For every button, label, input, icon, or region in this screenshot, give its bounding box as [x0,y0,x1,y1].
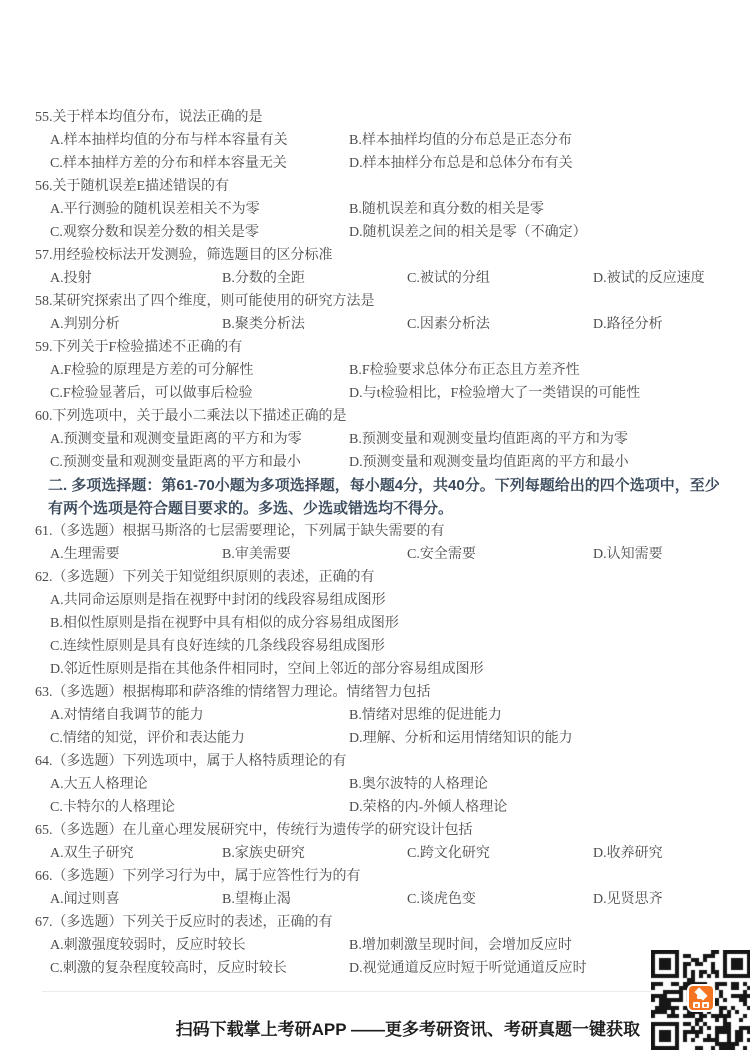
question-stem: 67.（多选题）下列关于反应时的表述，正确的有 [35,911,722,934]
graduation-cap-icon [687,984,715,1012]
option-B: B.审美需要 [222,543,407,566]
question-stem: 61.（多选题）根据马斯洛的七层需要理论，下列属于缺失需要的有 [35,520,722,543]
option-C: C.连续性原则是具有良好连续的几条线段容易组成图形 [50,635,722,658]
option-A: A.平行测验的随机误差相关不为零 [50,198,349,221]
option-C: C.跨文化研究 [407,842,593,865]
question-stem: 60.下列选项中，关于最小二乘法以下描述正确的是 [35,405,722,428]
question-stem: 64.（多选题）下列选项中，属于人格特质理论的有 [35,750,722,773]
option-A: A.投射 [50,267,222,290]
question-stem: 66.（多选题）下列学习行为中，属于应答性行为的有 [35,865,722,888]
option-B: B.样本抽样均值的分布总是正态分布 [349,129,722,152]
question-65: 65.（多选题）在儿童心理发展研究中，传统行为遗传学的研究设计包括A.双生子研究… [35,819,722,865]
option-D: D.认知需要 [593,543,722,566]
option-C: C.情绪的知觉，评价和表达能力 [50,727,349,750]
option-A: A.预测变量和观测变量距离的平方和为零 [50,428,349,451]
option-B: B.情绪对思维的促进能力 [349,704,722,727]
option-A: A.样本抽样均值的分布与样本容量有关 [50,129,349,152]
question-59: 59.下列关于F检验描述不正确的有A.F检验的原理是方差的可分解性B.F检验要求… [35,336,722,405]
option-D: D.随机误差之间的相关是零（不确定） [349,221,722,244]
option-C: C.谈虎色变 [407,888,593,911]
option-D: D.路径分析 [593,313,722,336]
option-B: B.奥尔波特的人格理论 [349,773,722,796]
question-55: 55.关于样本均值分布，说法正确的是A.样本抽样均值的分布与样本容量有关B.样本… [35,106,722,175]
exam-paper-page: 55.关于样本均值分布，说法正确的是A.样本抽样均值的分布与样本容量有关B.样本… [0,0,750,1061]
option-C: C.F检验显著后，可以做事后检验 [50,382,349,405]
option-D: D.样本抽样分布总是和总体分布有关 [349,152,722,175]
question-stem: 65.（多选题）在儿童心理发展研究中，传统行为遗传学的研究设计包括 [35,819,722,842]
question-stem: 59.下列关于F检验描述不正确的有 [35,336,722,359]
option-row: D.邻近性原则是指在其他条件相同时，空间上邻近的部分容易组成图形 [35,658,722,681]
option-row: A.双生子研究B.家族史研究C.跨文化研究D.收养研究 [35,842,722,865]
option-C: C.被试的分组 [407,267,593,290]
option-A: A.判别分析 [50,313,222,336]
option-row: A.平行测验的随机误差相关不为零B.随机误差和真分数的相关是零 [35,198,722,221]
question-stem: 62.（多选题）下列关于知觉组织原则的表述，正确的有 [35,566,722,589]
option-row: C.观察分数和误差分数的相关是零D.随机误差之间的相关是零（不确定） [35,221,722,244]
option-D: D.预测变量和观测变量均值距离的平方和最小 [349,451,722,474]
option-row: C.卡特尔的人格理论D.荣格的内-外倾人格理论 [35,796,722,819]
option-C: C.卡特尔的人格理论 [50,796,349,819]
option-row: A.投射B.分数的全距C.被试的分组D.被试的反应速度 [35,267,722,290]
option-row: C.连续性原则是具有良好连续的几条线段容易组成图形 [35,635,722,658]
option-D: D.理解、分析和运用情绪知识的能力 [349,727,722,750]
footer-promo-text: 扫码下载掌上考研APP ——更多考研资讯、考研真题一键获取 [0,1018,640,1042]
option-row: C.刺激的复杂程度较高时，反应时较长D.视觉通道反应时短于听觉通道反应时 [35,957,722,980]
option-row: A.F检验的原理是方差的可分解性B.F检验要求总体分布正态且方差齐性 [35,359,722,382]
question-stem: 57.用经验校标法开发测验，筛选题目的区分标准 [35,244,722,267]
option-B: B.分数的全距 [222,267,407,290]
option-B: B.F检验要求总体分布正态且方差齐性 [349,359,722,382]
option-A: A.大五人格理论 [50,773,349,796]
option-row: A.对情绪自我调节的能力B.情绪对思维的促进能力 [35,704,722,727]
option-D: D.与t检验相比，F检验增大了一类错误的可能性 [349,382,722,405]
option-B: B.预测变量和观测变量均值距离的平方和为零 [349,428,722,451]
option-A: A.生理需要 [50,543,222,566]
question-56: 56.关于随机误差E描述错误的有A.平行测验的随机误差相关不为零B.随机误差和真… [35,175,722,244]
option-row: A.大五人格理论B.奥尔波特的人格理论 [35,773,722,796]
option-B: B.家族史研究 [222,842,407,865]
option-A: A.闻过则喜 [50,888,222,911]
option-row: C.预测变量和观测变量距离的平方和最小D.预测变量和观测变量均值距离的平方和最小 [35,451,722,474]
option-A: A.F检验的原理是方差的可分解性 [50,359,349,382]
option-row: C.F检验显著后，可以做事后检验D.与t检验相比，F检验增大了一类错误的可能性 [35,382,722,405]
cap-base-shape [697,995,705,999]
question-64: 64.（多选题）下列选项中，属于人格特质理论的有A.大五人格理论B.奥尔波特的人… [35,750,722,819]
option-row: C.样本抽样方差的分布和样本容量无关D.样本抽样分布总是和总体分布有关 [35,152,722,175]
option-A: A.共同命运原则是指在视野中封闭的线段容易组成图形 [50,589,722,612]
option-B: B.相似性原则是指在视野中具有相似的成分容易组成图形 [50,612,722,635]
question-stem: 56.关于随机误差E描述错误的有 [35,175,722,198]
option-row: A.样本抽样均值的分布与样本容量有关B.样本抽样均值的分布总是正态分布 [35,129,722,152]
option-D: D.荣格的内-外倾人格理论 [349,796,722,819]
option-D: D.邻近性原则是指在其他条件相同时，空间上邻近的部分容易组成图形 [50,658,722,681]
question-63: 63.（多选题）根据梅耶和萨洛维的情绪智力理论。情绪智力包括A.对情绪自我调节的… [35,681,722,750]
question-stem: 58.某研究探索出了四个维度，则可能使用的研究方法是 [35,290,722,313]
option-B: B.望梅止渴 [222,888,407,911]
option-C: C.预测变量和观测变量距离的平方和最小 [50,451,349,474]
question-67: 67.（多选题）下列关于反应时的表述，正确的有A.刺激强度较弱时，反应时较长B.… [35,911,722,980]
option-row: A.刺激强度较弱时，反应时较长B.增加刺激呈现时间，会增加反应时 [35,934,722,957]
option-row: A.共同命运原则是指在视野中封闭的线段容易组成图形 [35,589,722,612]
option-row: A.闻过则喜B.望梅止渴C.谈虎色变D.见贤思齐 [35,888,722,911]
option-C: C.观察分数和误差分数的相关是零 [50,221,349,244]
question-60: 60.下列选项中，关于最小二乘法以下描述正确的是A.预测变量和观测变量距离的平方… [35,405,722,474]
question-57: 57.用经验校标法开发测验，筛选题目的区分标准A.投射B.分数的全距C.被试的分… [35,244,722,290]
option-C: C.刺激的复杂程度较高时，反应时较长 [50,957,349,980]
option-row: A.判别分析B.聚类分析法C.因素分析法D.路径分析 [35,313,722,336]
section-header: 二. 多项选择题：第61-70小题为多项选择题，每小题4分，共40分。下列每题给… [35,474,722,520]
logo-text-dots [689,1002,713,1008]
question-66: 66.（多选题）下列学习行为中，属于应答性行为的有A.闻过则喜B.望梅止渴C.谈… [35,865,722,911]
option-B: B.聚类分析法 [222,313,407,336]
option-C: C.因素分析法 [407,313,593,336]
option-A: A.对情绪自我调节的能力 [50,704,349,727]
option-C: C.样本抽样方差的分布和样本容量无关 [50,152,349,175]
question-list: 55.关于样本均值分布，说法正确的是A.样本抽样均值的分布与样本容量有关B.样本… [35,106,722,980]
option-D: D.见贤思齐 [593,888,722,911]
option-row: B.相似性原则是指在视野中具有相似的成分容易组成图形 [35,612,722,635]
option-C: C.安全需要 [407,543,593,566]
qr-code [651,950,750,1050]
option-D: D.被试的反应速度 [593,267,722,290]
option-D: D.收养研究 [593,842,722,865]
option-row: C.情绪的知觉，评价和表达能力D.理解、分析和运用情绪知识的能力 [35,727,722,750]
question-stem: 55.关于样本均值分布，说法正确的是 [35,106,722,129]
question-58: 58.某研究探索出了四个维度，则可能使用的研究方法是A.判别分析B.聚类分析法C… [35,290,722,336]
question-stem: 63.（多选题）根据梅耶和萨洛维的情绪智力理论。情绪智力包括 [35,681,722,704]
option-A: A.双生子研究 [50,842,222,865]
footer-divider [42,991,658,992]
question-62: 62.（多选题）下列关于知觉组织原则的表述，正确的有A.共同命运原则是指在视野中… [35,566,722,681]
option-B: B.随机误差和真分数的相关是零 [349,198,722,221]
option-row: A.生理需要B.审美需要C.安全需要D.认知需要 [35,543,722,566]
question-61: 61.（多选题）根据马斯洛的七层需要理论，下列属于缺失需要的有A.生理需要B.审… [35,520,722,566]
option-A: A.刺激强度较弱时，反应时较长 [50,934,349,957]
option-row: A.预测变量和观测变量距离的平方和为零B.预测变量和观测变量均值距离的平方和为零 [35,428,722,451]
